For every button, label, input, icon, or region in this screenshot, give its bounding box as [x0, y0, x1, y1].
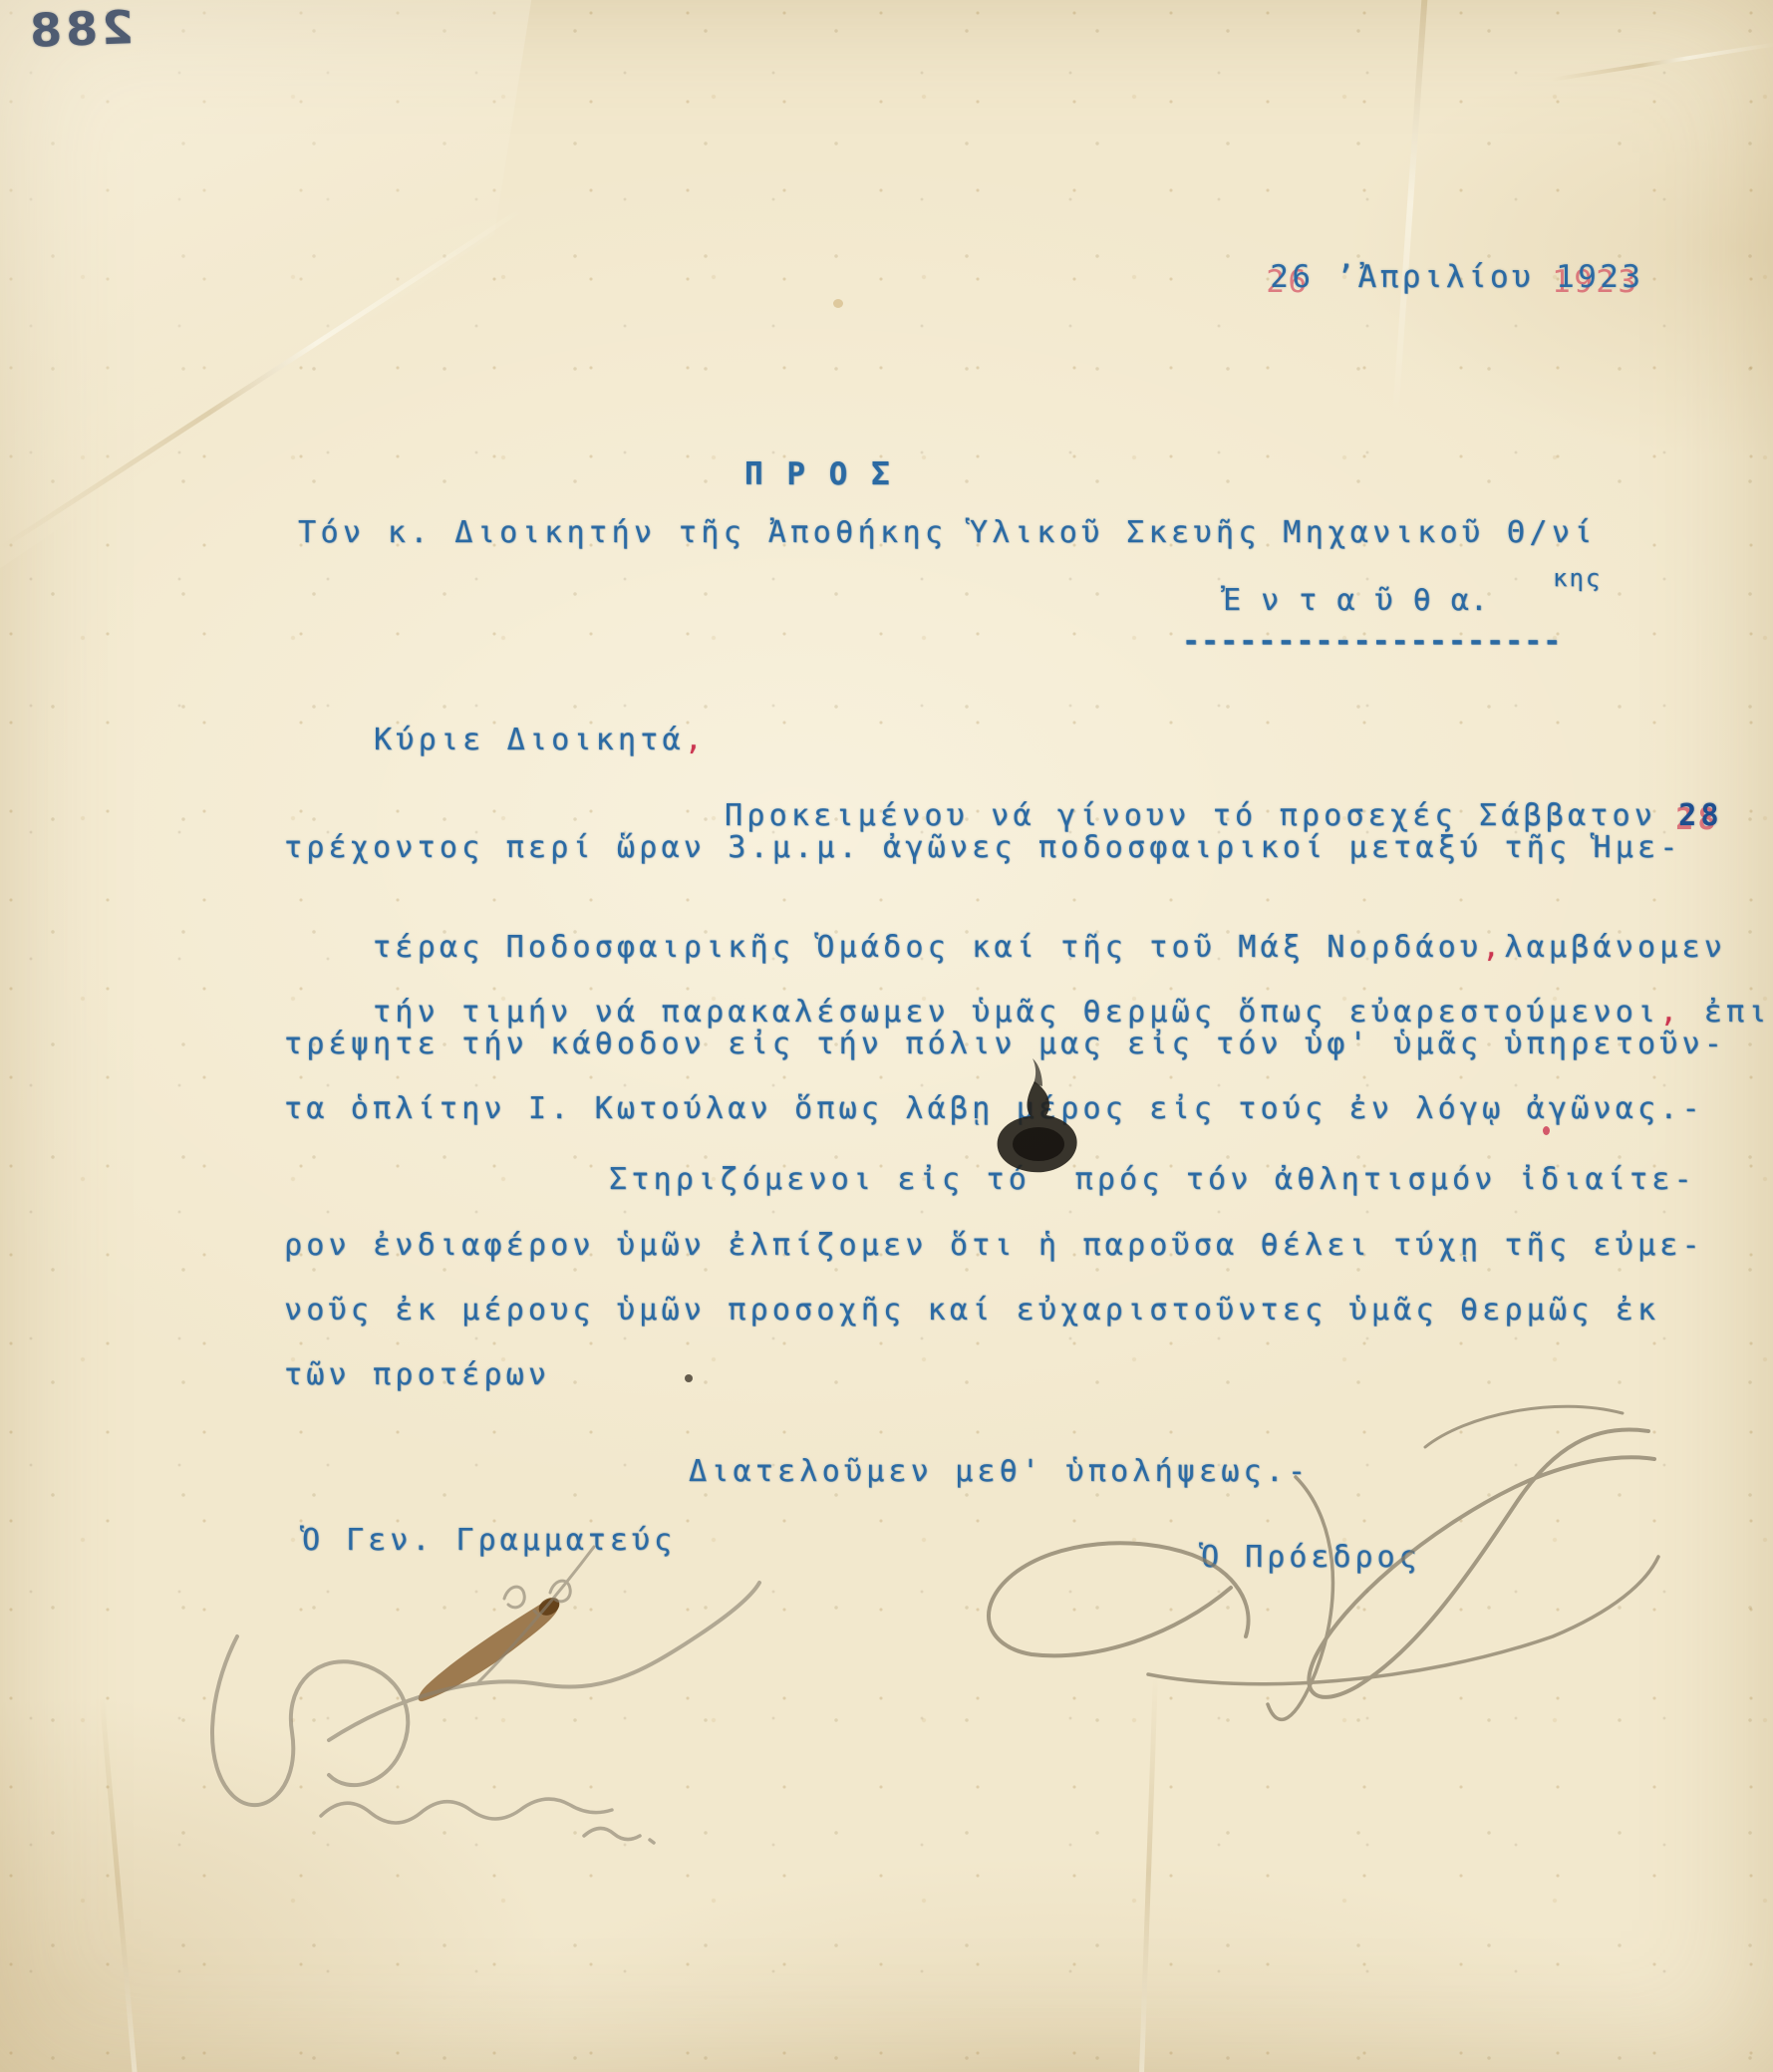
- closing-line: Διατελοῦμεν μεθ' ὑπολήψεως.-: [689, 1454, 1310, 1489]
- paper-crease-top-right-corner: [1551, 42, 1773, 82]
- body-line-10: τῶν προτέρων: [284, 1357, 550, 1392]
- recipient-line: Τόν κ. Διοικητήν τῆς Ἀποθήκης Ὑλικοῦ Σκε…: [298, 515, 1597, 550]
- salutation-text: Κύριε Διοικητά: [374, 723, 685, 757]
- date-year: 1923: [1556, 259, 1643, 295]
- place-line: Ἐ ν τ α ῦ θ α.: [1223, 583, 1489, 618]
- date-line: 26 ’Ἀπριλίου 1923: [1182, 223, 1643, 331]
- recipient-superscript: κης: [1553, 564, 1602, 592]
- body-line-5: τρέψητε τήν κάθοδον εἰς τήν πόλιν μας εἰ…: [284, 1027, 1726, 1061]
- recipient-heading: Π Ρ Ο Σ: [744, 456, 892, 492]
- paper-crease-diagonal-top-left: [0, 204, 528, 550]
- paper-crease-top-right: [1392, 0, 1428, 419]
- divider-dashes: --------------------: [1182, 624, 1562, 659]
- president-role-label: Ὁ Πρόεδρος: [1201, 1540, 1421, 1575]
- match-day-number: 28: [1678, 798, 1723, 833]
- dark-speck: [685, 1374, 693, 1382]
- body-line-7: Στηριζόμενοι εἰς τό πρός τόν ἀθλητισμόν …: [609, 1162, 1696, 1197]
- body-line-2: τρέχοντος περί ὥραν 3.μ.μ. ἀγῶνες ποδοσφ…: [284, 830, 1681, 865]
- scanned-letter-page: 288 26 ’Ἀπριλίου 1923 Π Ρ Ο Σ Τόν κ. Διο…: [0, 0, 1773, 2072]
- secretary-role-label: Ὁ Γεν. Γραμματεύς: [302, 1523, 676, 1558]
- paper-stain-dot: [833, 299, 843, 308]
- paper-crease-bottom-left: [99, 1695, 137, 2072]
- date-day: 26: [1270, 259, 1314, 295]
- page-number: 288: [25, 0, 135, 58]
- body-line-8: ρον ἐνδιαφέρον ὑμῶν ἐλπίζομεν ὅτι ἡ παρο…: [284, 1228, 1704, 1263]
- red-ink-speck: [1543, 1126, 1550, 1135]
- date-month: Ἀπριλίου: [1358, 259, 1535, 295]
- salutation-comma: ,: [685, 723, 707, 757]
- body-line-6: τα ὁπλίτην Ι. Κωτούλαν ὅπως λάβῃ μέρος ε…: [284, 1091, 1704, 1126]
- paper-crease-bottom-center: [1139, 1674, 1158, 2072]
- body-line-9: νοῦς ἐκ μέρους ὑμῶν προσοχῆς καί εὐχαρισ…: [284, 1293, 1659, 1328]
